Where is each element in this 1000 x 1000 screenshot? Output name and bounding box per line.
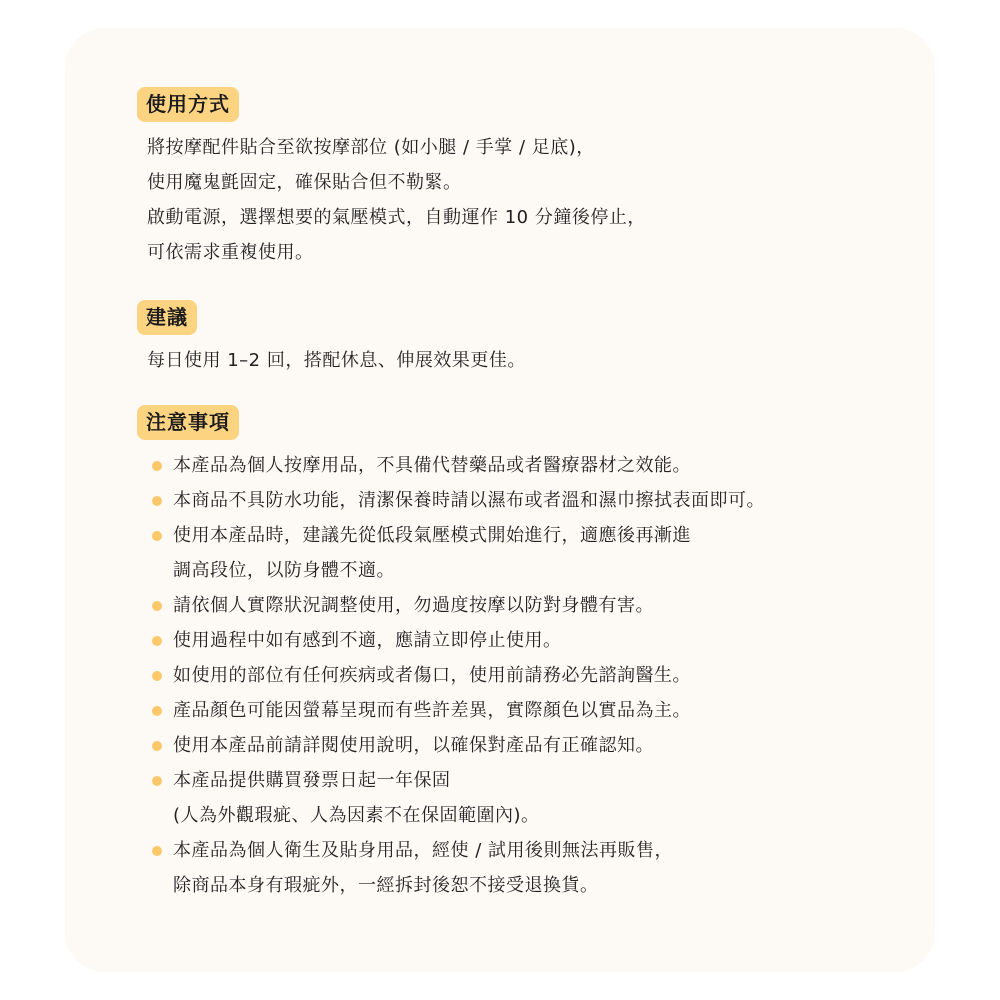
bullet-dot-icon bbox=[152, 741, 162, 751]
bullet-dot-icon bbox=[152, 461, 162, 471]
notes-section: 注意事項 本產品為個人按摩用品，不具備代替藥品或者醫療器材之效能。 本商品不具防… bbox=[137, 405, 765, 903]
note-text: 本產品為個人按摩用品，不具備代替藥品或者醫療器材之效能。 bbox=[173, 448, 765, 483]
note-item: 本產品提供購買發票日起一年保固 (人為外觀瑕疵、人為因素不在保固範圍內)。 bbox=[137, 763, 765, 833]
note-text: 使用過程中如有感到不適，應請立即停止使用。 bbox=[173, 623, 765, 658]
note-text: 本商品不具防水功能，清潔保養時請以濕布或者溫和濕巾擦拭表面即可。 bbox=[173, 483, 765, 518]
note-text: 請依個人實際狀況調整使用，勿過度按摩以防對身體有害。 bbox=[173, 588, 765, 623]
note-text: 產品顏色可能因螢幕呈現而有些許差異，實際顏色以實品為主。 bbox=[173, 693, 765, 728]
bullet-dot-icon bbox=[152, 846, 162, 856]
note-text: 如使用的部位有任何疾病或者傷口，使用前請務必先諮詢醫生。 bbox=[173, 658, 765, 693]
bullet-dot-icon bbox=[152, 601, 162, 611]
note-item: 產品顏色可能因螢幕呈現而有些許差異，實際顏色以實品為主。 bbox=[137, 693, 765, 728]
usage-heading: 使用方式 bbox=[137, 87, 239, 122]
bullet-dot-icon bbox=[152, 496, 162, 506]
note-item: 使用本產品前請詳閱使用說明，以確保對產品有正確認知。 bbox=[137, 728, 765, 763]
usage-line: 將按摩配件貼合至欲按摩部位 (如小腿 / 手掌 / 足底)， bbox=[147, 130, 646, 165]
usage-line: 啟動電源，選擇想要的氣壓模式，自動運作 10 分鐘後停止， bbox=[147, 200, 646, 235]
usage-text: 將按摩配件貼合至欲按摩部位 (如小腿 / 手掌 / 足底)， 使用魔鬼氈固定，確… bbox=[147, 130, 646, 270]
bullet-dot-icon bbox=[152, 776, 162, 786]
note-text: 使用本產品時，建議先從低段氣壓模式開始進行，適應後再漸進 bbox=[173, 518, 765, 553]
note-text: 調高段位，以防身體不適。 bbox=[173, 553, 765, 588]
note-item: 使用本產品時，建議先從低段氣壓模式開始進行，適應後再漸進 調高段位，以防身體不適… bbox=[137, 518, 765, 588]
bullet-dot-icon bbox=[152, 706, 162, 716]
note-item: 請依個人實際狀況調整使用，勿過度按摩以防對身體有害。 bbox=[137, 588, 765, 623]
note-text: (人為外觀瑕疵、人為因素不在保固範圍內)。 bbox=[173, 798, 765, 833]
note-text: 使用本產品前請詳閱使用說明，以確保對產品有正確認知。 bbox=[173, 728, 765, 763]
notes-list: 本產品為個人按摩用品，不具備代替藥品或者醫療器材之效能。 本商品不具防水功能，清… bbox=[137, 448, 765, 903]
bullet-dot-icon bbox=[152, 636, 162, 646]
note-text: 本產品提供購買發票日起一年保固 bbox=[173, 763, 765, 798]
suggestion-heading: 建議 bbox=[137, 300, 197, 335]
note-item: 本產品為個人衛生及貼身用品，經使 / 試用後則無法再販售， 除商品本身有瑕疵外，… bbox=[137, 833, 765, 903]
note-text: 本產品為個人衛生及貼身用品，經使 / 試用後則無法再販售， bbox=[173, 833, 765, 868]
bullet-dot-icon bbox=[152, 531, 162, 541]
usage-line: 使用魔鬼氈固定，確保貼合但不勒緊。 bbox=[147, 165, 646, 200]
notes-heading: 注意事項 bbox=[137, 405, 239, 440]
suggestion-section: 建議 每日使用 1–2 回，搭配休息、伸展效果更佳。 bbox=[137, 300, 526, 378]
usage-line: 可依需求重複使用。 bbox=[147, 235, 646, 270]
usage-section: 使用方式 將按摩配件貼合至欲按摩部位 (如小腿 / 手掌 / 足底)， 使用魔鬼… bbox=[137, 87, 646, 270]
suggestion-text: 每日使用 1–2 回，搭配休息、伸展效果更佳。 bbox=[147, 343, 526, 378]
bullet-dot-icon bbox=[152, 671, 162, 681]
note-item: 本產品為個人按摩用品，不具備代替藥品或者醫療器材之效能。 bbox=[137, 448, 765, 483]
note-item: 使用過程中如有感到不適，應請立即停止使用。 bbox=[137, 623, 765, 658]
suggestion-line: 每日使用 1–2 回，搭配休息、伸展效果更佳。 bbox=[147, 343, 526, 378]
note-item: 本商品不具防水功能，清潔保養時請以濕布或者溫和濕巾擦拭表面即可。 bbox=[137, 483, 765, 518]
note-text: 除商品本身有瑕疵外，一經拆封後恕不接受退換貨。 bbox=[173, 868, 765, 903]
note-item: 如使用的部位有任何疾病或者傷口，使用前請務必先諮詢醫生。 bbox=[137, 658, 765, 693]
